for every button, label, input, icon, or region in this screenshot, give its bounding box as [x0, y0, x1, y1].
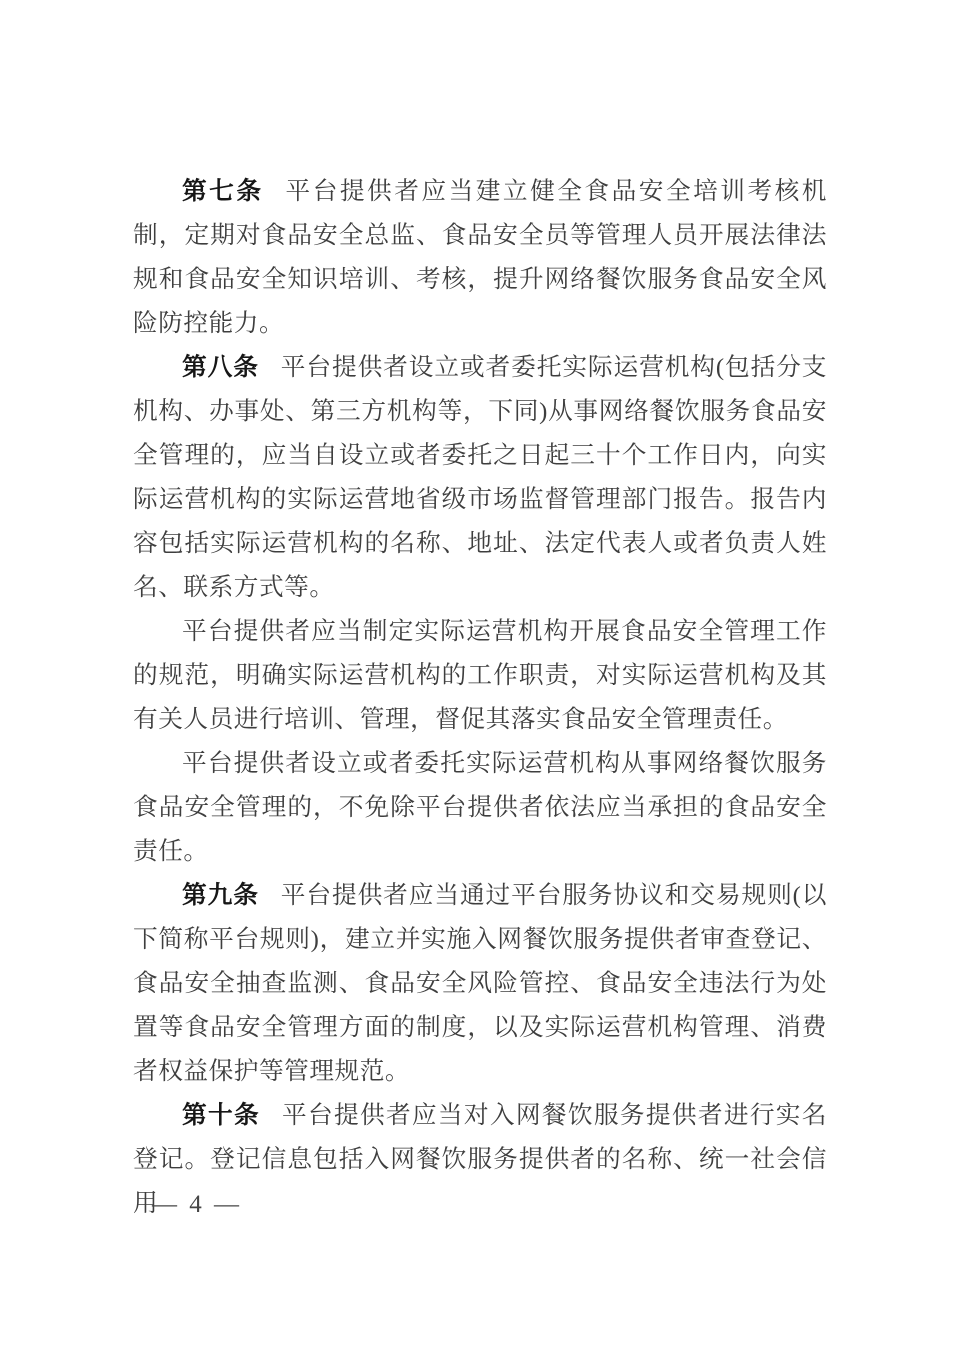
paragraph-article-8: 第八条平台提供者设立或者委托实际运营机构(包括分支机构、办事处、第三方机构等，下… [133, 346, 827, 610]
paragraph-article-9: 第九条平台提供者应当通过平台服务协议和交易规则(以下简称平台规则)，建立并实施入… [133, 874, 827, 1094]
article-10-number: 第十条 [182, 1102, 282, 1129]
article-8-clause-3-text: 平台提供者设立或者委托实际运营机构从事网络餐饮服务食品安全管理的，不免除平台提供… [133, 750, 827, 865]
paragraph-article-7: 第七条平台提供者应当建立健全食品安全培训考核机制，定期对食品安全总监、食品安全员… [133, 170, 827, 346]
article-9-number: 第九条 [182, 882, 281, 909]
document-body: 第七条平台提供者应当建立健全食品安全培训考核机制，定期对食品安全总监、食品安全员… [133, 170, 827, 1226]
paragraph-article-8-clause-3: 平台提供者设立或者委托实际运营机构从事网络餐饮服务食品安全管理的，不免除平台提供… [133, 742, 827, 874]
article-8-text: 平台提供者设立或者委托实际运营机构(包括分支机构、办事处、第三方机构等，下同)从… [133, 354, 827, 601]
article-8-clause-2-text: 平台提供者应当制定实际运营机构开展食品安全管理工作的规范，明确实际运营机构的工作… [133, 618, 827, 733]
article-8-number: 第八条 [182, 354, 281, 381]
paragraph-article-8-clause-2: 平台提供者应当制定实际运营机构开展食品安全管理工作的规范，明确实际运营机构的工作… [133, 610, 827, 742]
document-page: 第七条平台提供者应当建立健全食品安全培训考核机制，定期对食品安全总监、食品安全员… [0, 0, 960, 1347]
article-7-number: 第七条 [182, 178, 286, 205]
article-9-text: 平台提供者应当通过平台服务协议和交易规则(以下简称平台规则)，建立并实施入网餐饮… [133, 882, 827, 1085]
page-number: — 4 — [152, 1190, 242, 1220]
